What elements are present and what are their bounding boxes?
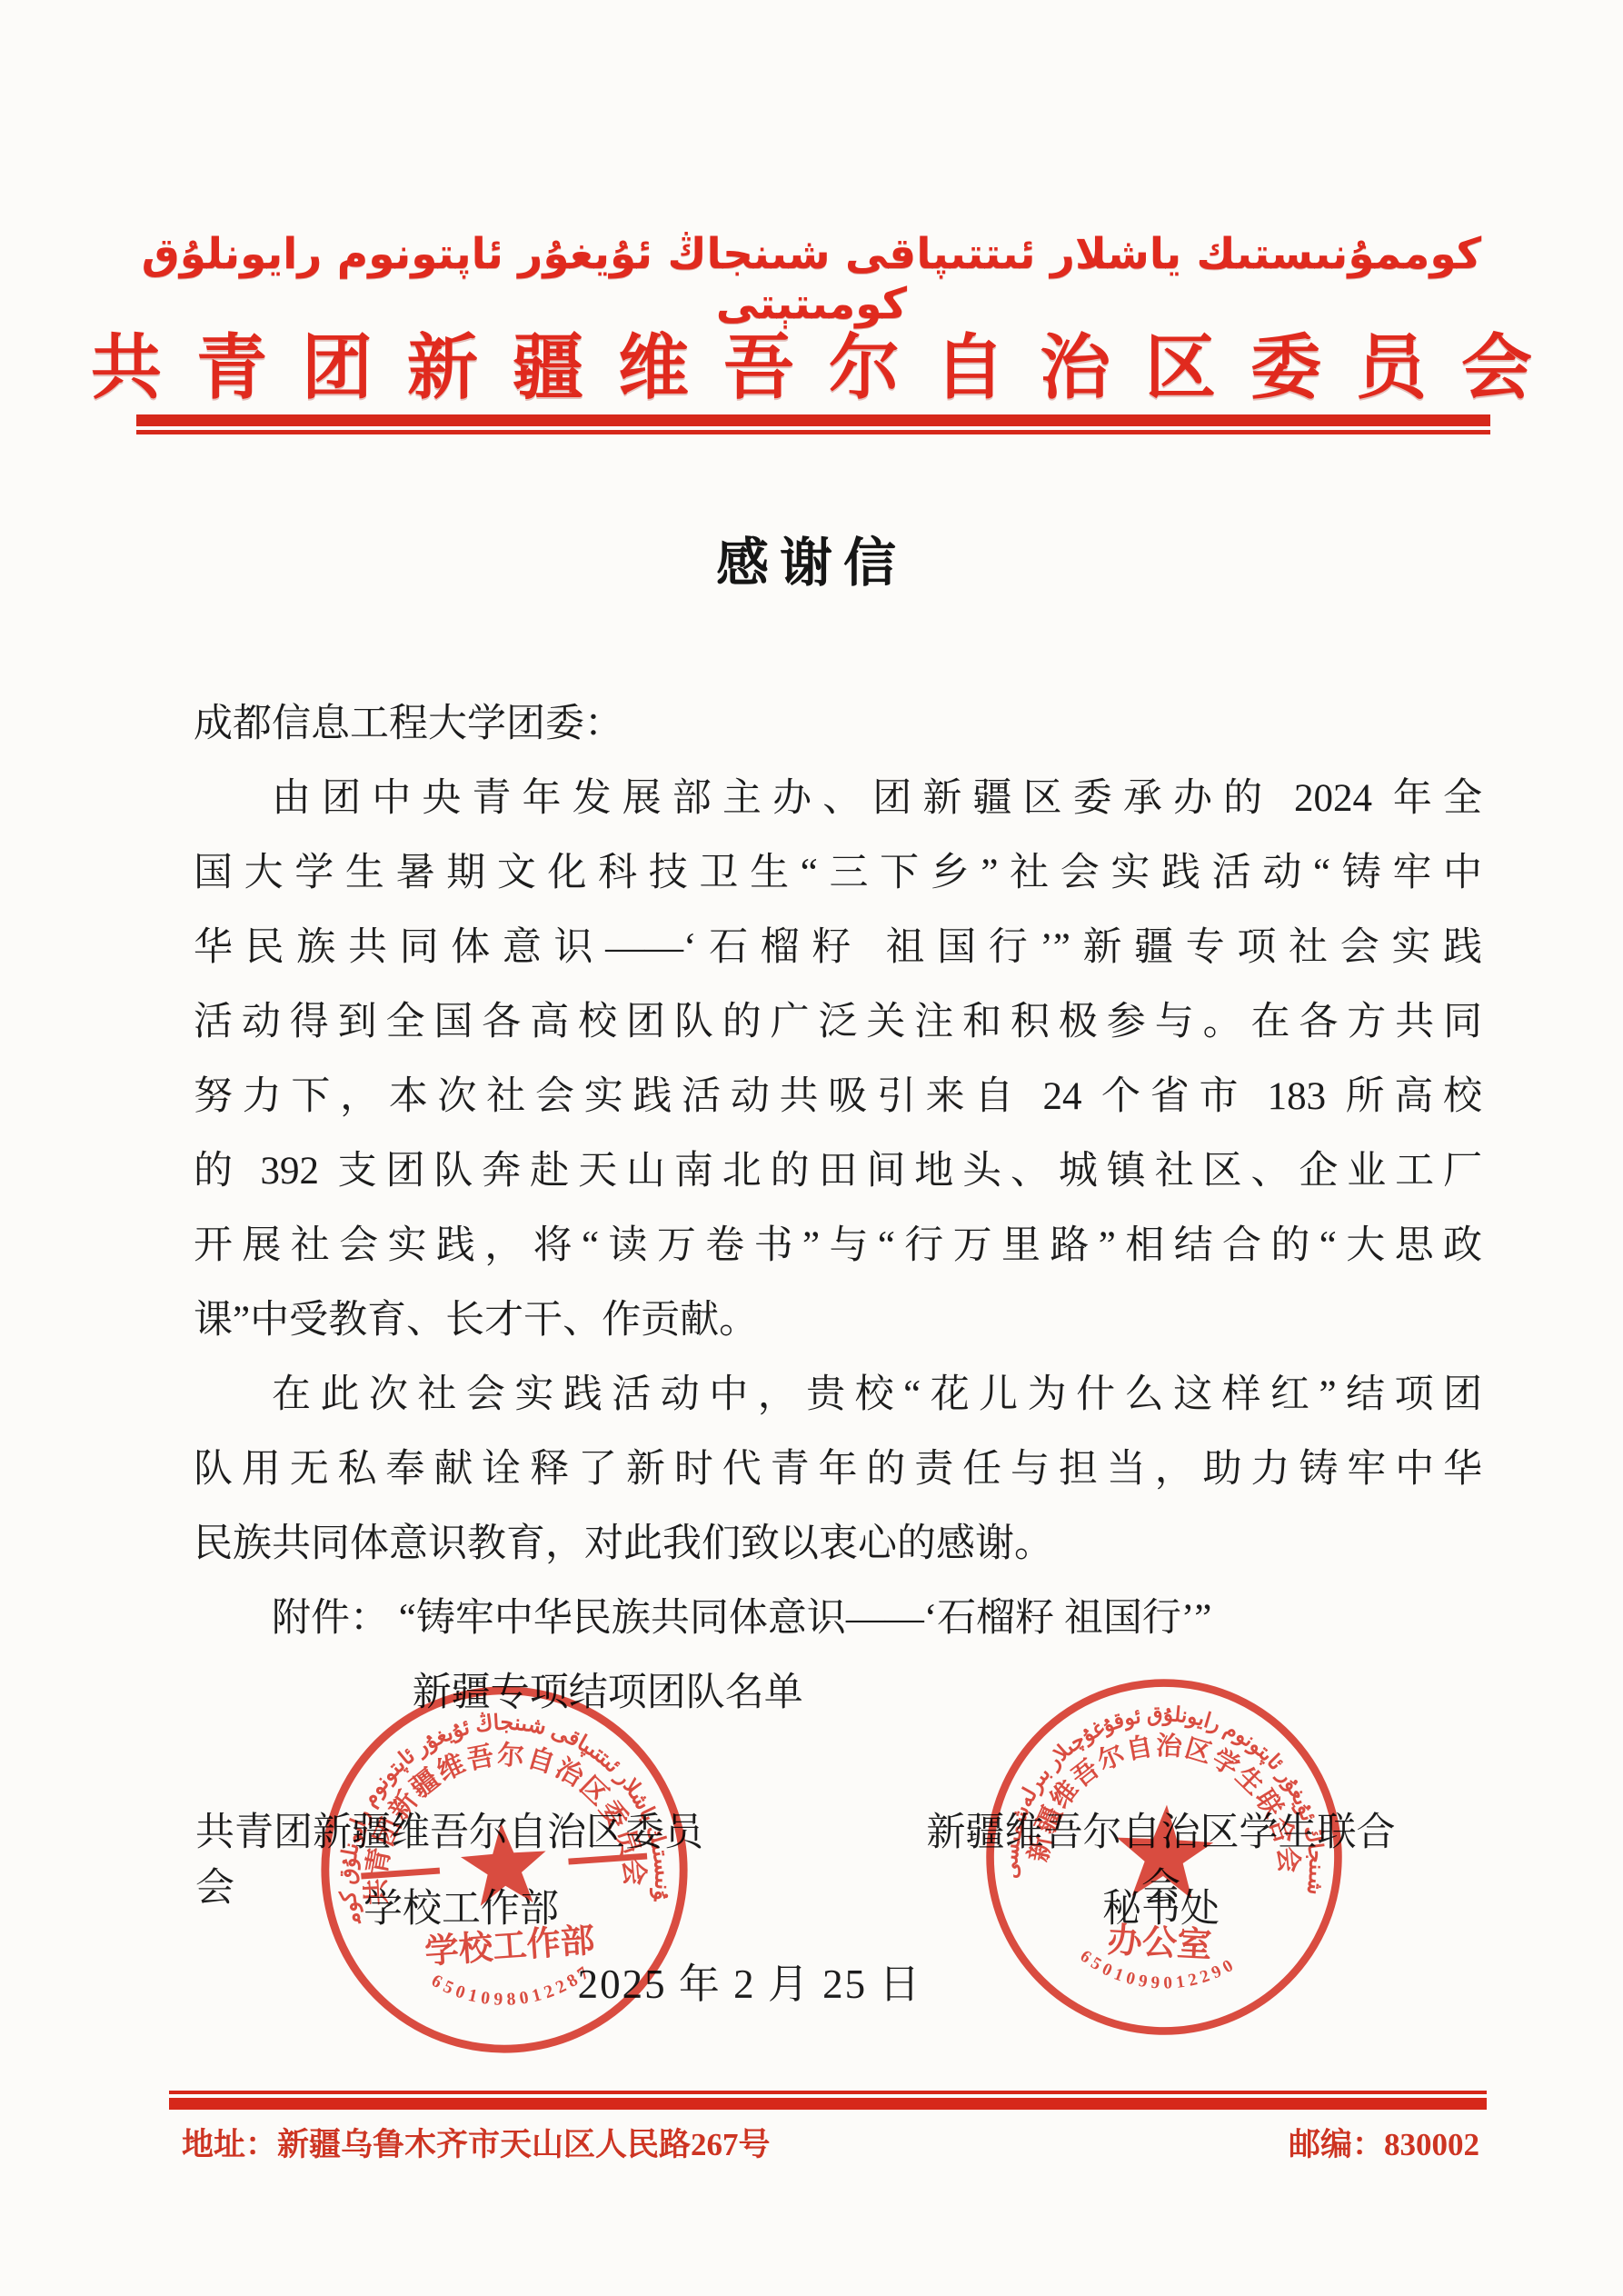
footer: 地址：新疆乌鲁木齐市天山区人民路267号 邮编：830002 — [182, 2120, 1479, 2165]
letter-body: 成都信息工程大学团委： 由团中央青年发展部主办、团新疆区委承办的 2024 年全… — [194, 687, 1482, 1731]
body-line: 民族共同体意识教育，对此我们致以衷心的感谢。 — [194, 1507, 1482, 1582]
footer-rule — [169, 2091, 1487, 2110]
letterhead-org-name: 共青团新疆维吾尔自治区委员会 — [0, 311, 1623, 413]
attachment-line: 附件： “铸牢中华民族共同体意识——‘石榴籽 祖国行’” — [194, 1582, 1482, 1656]
body-line: 课”中受教育、长才干、作贡献。 — [194, 1283, 1482, 1358]
official-seal-left: كوممۇنىستىك ياشلار ئىتتىپاقى شىنجاڭ ئۇيغ… — [304, 1669, 705, 2071]
official-seal-right: شىنجاڭ ئۇيغۇر ئاپتونوم رايونلۇق ئوقۇغۇچى… — [972, 1665, 1356, 2049]
seal-banner: 学校工作部 — [423, 1922, 596, 1972]
body-line: 的 392 支团队奔赴天山南北的田间地头、城镇社区、企业工厂 — [194, 1134, 1482, 1209]
body-line: 国大学生暑期文化科技卫生“三下乡”社会实践活动“铸牢中 — [194, 836, 1482, 911]
salutation: 成都信息工程大学团委： — [194, 687, 1482, 762]
body-line: 在此次社会实践活动中，贵校“花儿为什么这样红”结项团 — [194, 1358, 1482, 1433]
body-line: 华民族共同体意识——‘石榴籽 祖国行’”新疆专项社会实践 — [194, 911, 1482, 985]
body-line: 由团中央青年发展部主办、团新疆区委承办的 2024 年全 — [194, 762, 1482, 836]
body-line: 开展社会实践，将“读万卷书”与“行万里路”相结合的“大思政 — [194, 1209, 1482, 1283]
star-icon — [459, 1821, 550, 1908]
document-title: 感谢信 — [0, 520, 1623, 596]
body-line: 活动得到全国各高校团队的广泛关注和积极参与。在各方共同 — [194, 985, 1482, 1060]
footer-address: 地址：新疆乌鲁木齐市天山区人民路267号 — [182, 2120, 771, 2165]
seal-banner: 办公室 — [1107, 1921, 1213, 1965]
body-line: 努力下，本次社会实践活动共吸引来自 24 个省市 183 所高校 — [194, 1060, 1482, 1134]
letterhead-rule — [136, 414, 1490, 434]
star-icon — [1114, 1802, 1216, 1900]
scanned-letter-page: { "page": { "accent_red": "#e02a1e", "ru… — [0, 0, 1623, 2296]
body-line: 队用无私奉献诠释了新时代青年的责任与担当，助力铸牢中华 — [194, 1433, 1482, 1507]
footer-postcode: 邮编：830002 — [1289, 2120, 1479, 2165]
